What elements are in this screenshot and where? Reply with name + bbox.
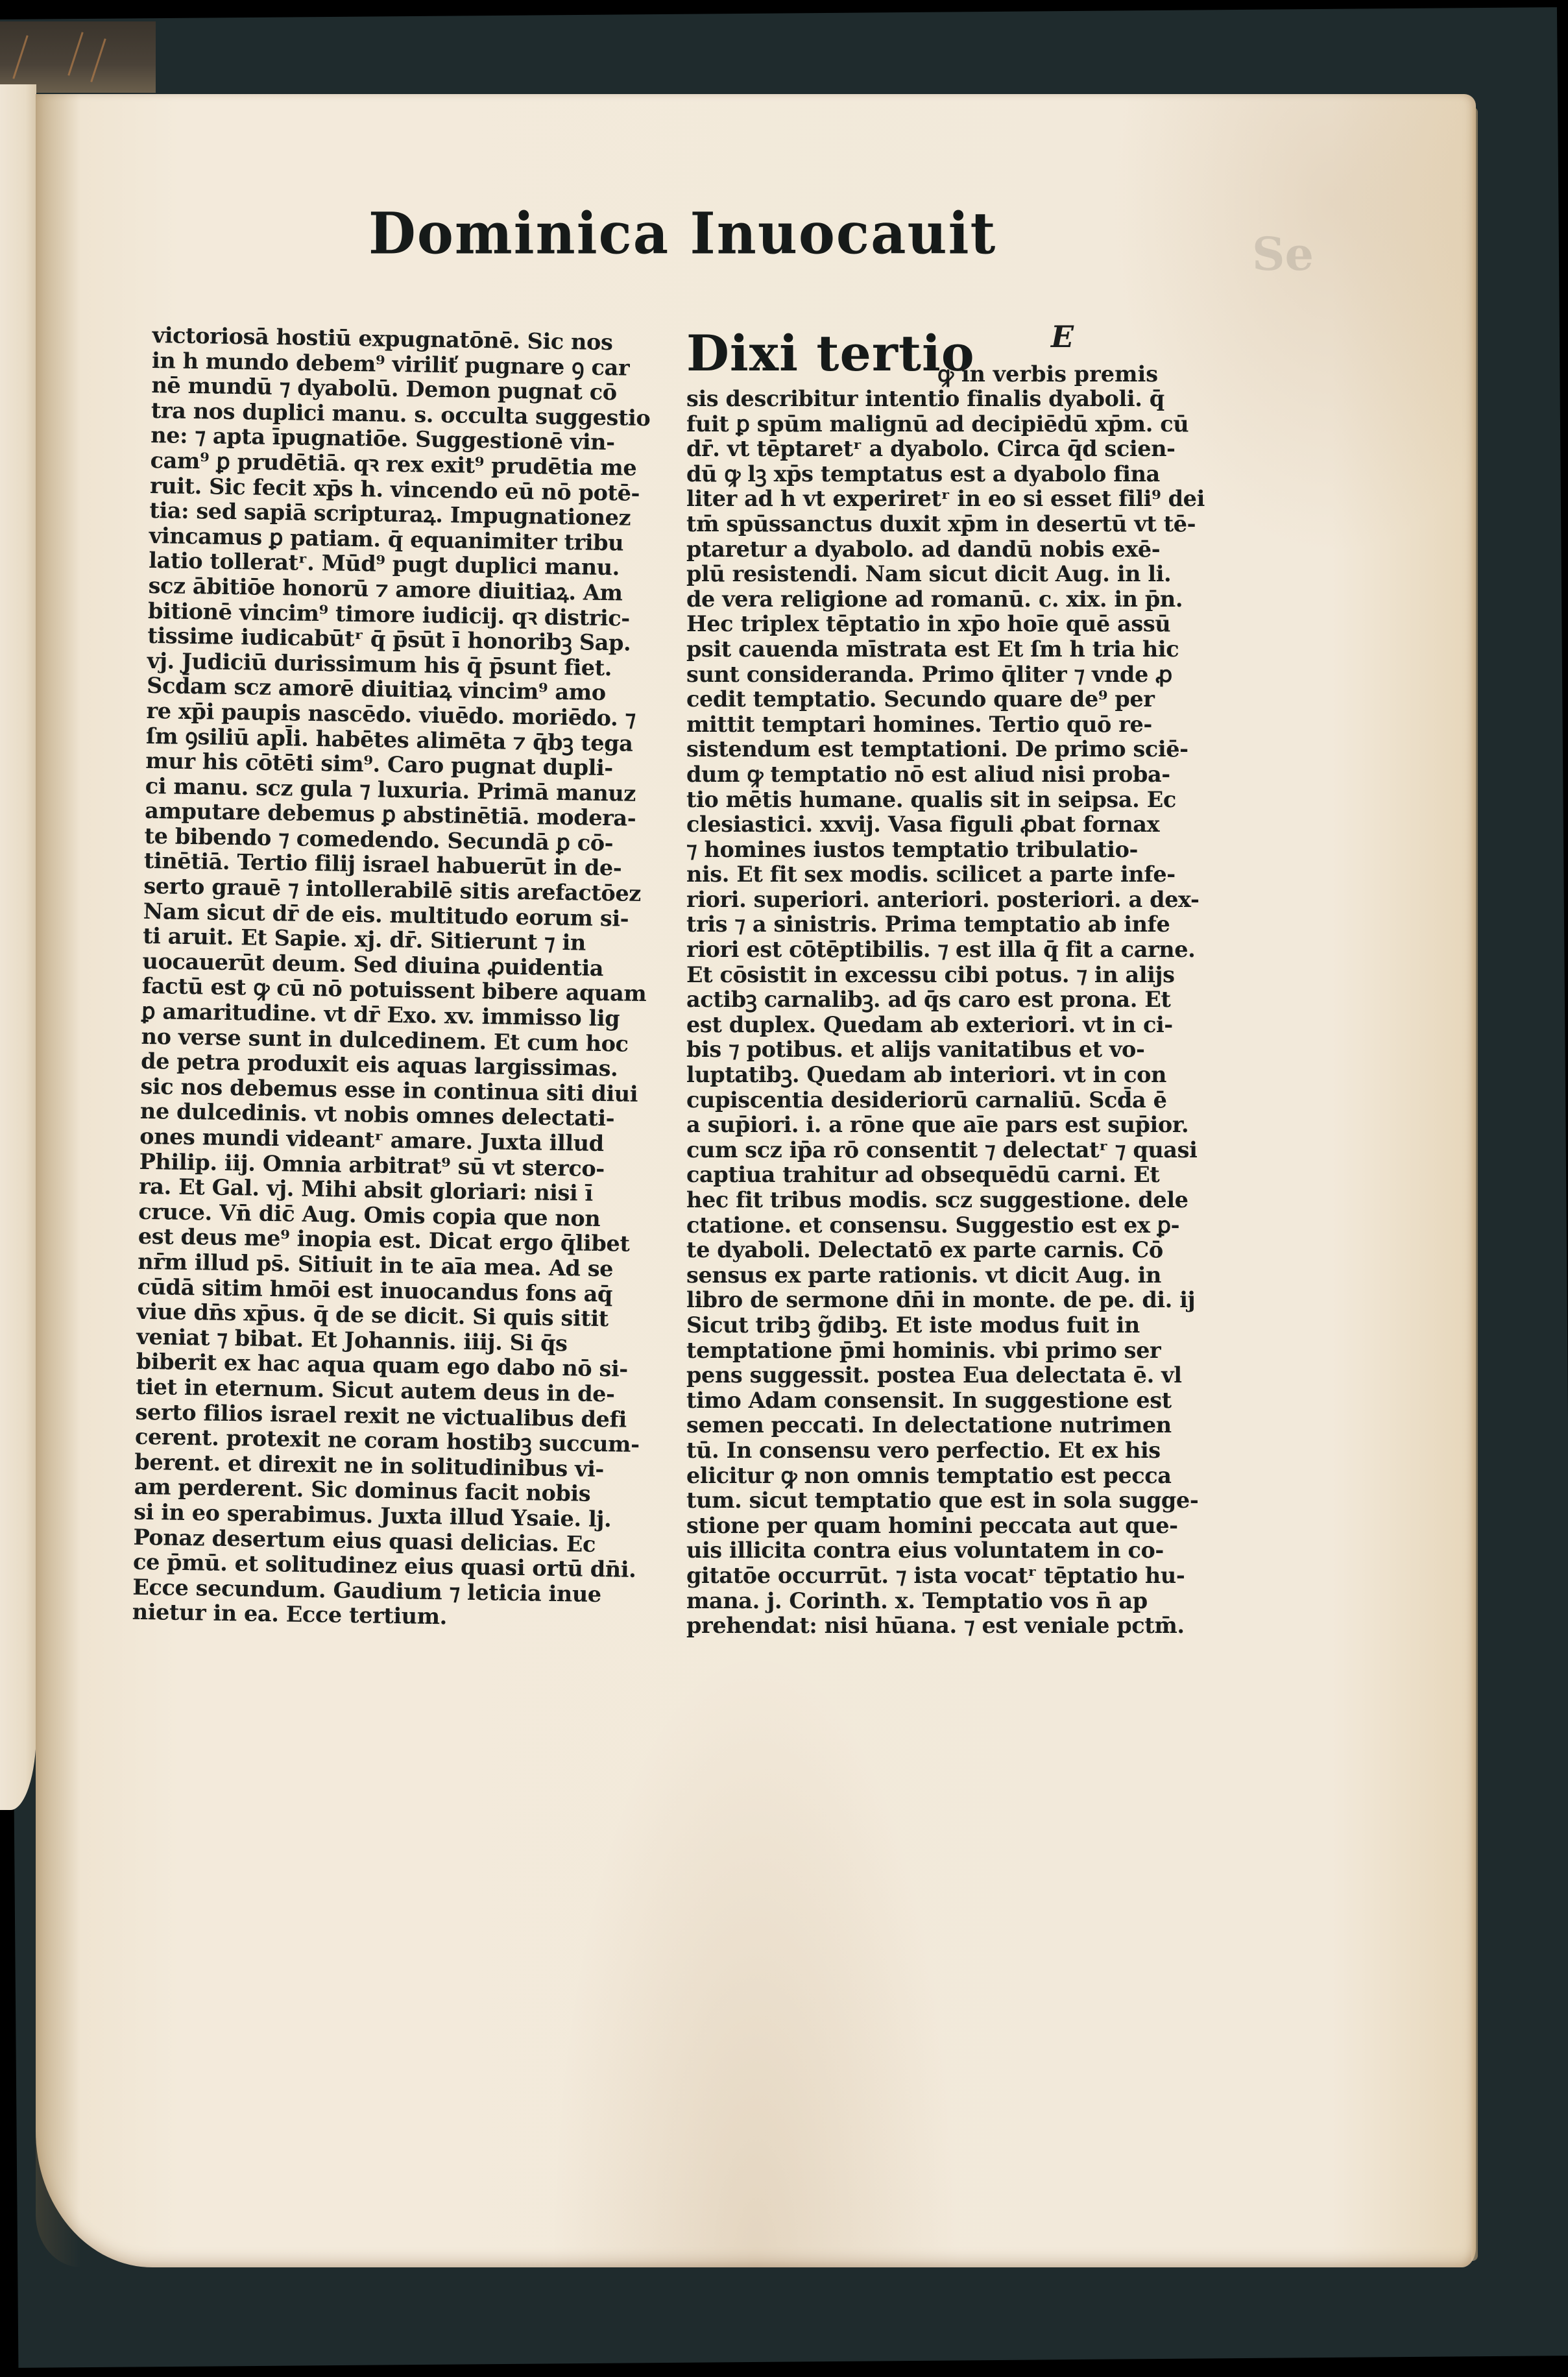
text-line: nis. Et fit sex modis. scilicet a parte … xyxy=(686,862,1199,887)
text-line: est duplex. Quedam ab exteriori. vt in c… xyxy=(686,1013,1199,1038)
text-line: mittit temptari homines. Tertio quō re- xyxy=(686,712,1199,738)
text-line: liter ad h vt experiretʳ in eo si esset … xyxy=(686,487,1199,512)
text-line: prehendat: nisi hūana. ⁊ est veniale pct… xyxy=(686,1613,1199,1639)
text-line: Et cōsistit in excessu cibi potus. ⁊ in … xyxy=(686,963,1199,988)
text-line: pens suggessit. postea Eua delectata ē. … xyxy=(686,1363,1199,1388)
text-line: bis ⁊ potibus. et alijs vanitatibus et v… xyxy=(686,1037,1199,1063)
text-line: tum. sicut temptatio que est in sola sug… xyxy=(686,1488,1199,1514)
text-line: Hec triplex tēptatio in xp̄o hoīe quē as… xyxy=(686,612,1199,637)
text-line: libro de sermone dn̄i in monte. de pe. d… xyxy=(686,1288,1199,1313)
text-line: dū ꝙ lꝫ xp̄s temptatus est a dyabolo fin… xyxy=(686,462,1199,487)
margin-section-letter: E xyxy=(1051,319,1074,354)
text-line: temptatione p̄mi hominis. vbi primo ser xyxy=(686,1338,1199,1364)
text-line: timo Adam consensit. In suggestione est xyxy=(686,1388,1199,1414)
text-line: cedit temptatio. Secundo quare de⁹ per xyxy=(686,687,1199,712)
binding-streak xyxy=(90,38,106,82)
text-line: te dyaboli. Delectatō ex parte carnis. C… xyxy=(686,1238,1199,1263)
text-line: a sup̄iori. i. a rōne que aīe pars est s… xyxy=(686,1113,1199,1138)
text-line: ctatione. et consensu. Suggestio est ex … xyxy=(686,1213,1199,1238)
text-line: uis illicita contra eius voluntatem in c… xyxy=(686,1538,1199,1563)
binding-streak xyxy=(67,32,83,76)
text-line: stione per quam homini peccata aut que- xyxy=(686,1514,1199,1539)
text-line: psit cauenda mīstrata est Et ſm h tria h… xyxy=(686,637,1199,662)
text-line: mana. j. Corinth. x. Temptatio vos n̄ ap xyxy=(686,1589,1199,1614)
text-line: riori est cōtēptibilis. ⁊ est illa q̄ fi… xyxy=(686,937,1199,963)
text-line: semen peccati. In delectatione nutrimen xyxy=(686,1413,1199,1438)
page-fore-edge xyxy=(1471,107,1478,2261)
text-line: tū. In consensu vero perfectio. Et ex hi… xyxy=(686,1438,1199,1464)
left-column: victoriosā hostiū expugnatōnē. Sic nosin… xyxy=(132,323,651,1633)
text-line: ⁊ homines iustos temptatio tribulatio- xyxy=(686,838,1199,863)
text-line: Sicut tribꝫ g̃dibꝫ. Et iste modus fuit i… xyxy=(686,1313,1199,1338)
text-line: actibꝫ carnalibꝫ. ad q̄s caro est prona.… xyxy=(686,987,1199,1013)
text-line: plū resistendi. Nam sicut dicit Aug. in … xyxy=(686,562,1199,587)
previous-page-fragment xyxy=(0,84,36,1810)
text-line: clesiastici. xxvij. Vasa figuli ꝓbat for… xyxy=(686,812,1199,838)
text-line: tio mētis humane. qualis sit in seipsa. … xyxy=(686,788,1199,813)
text-line: elicitur ꝙ non omnis temptatio est pecca xyxy=(686,1464,1199,1489)
text-line: de vera religione ad romanū. c. xix. in … xyxy=(686,587,1199,612)
text-line: sunt consideranda. Primo q̄liter ⁊ vnde … xyxy=(686,662,1199,688)
text-line: tm̄ spūssanctus duxit xp̄m in desertū vt… xyxy=(686,512,1199,537)
gutter-shadow xyxy=(36,94,81,2267)
text-line: captiua trahitur ad obsequēdū carni. Et xyxy=(686,1163,1199,1188)
show-through-text: Se xyxy=(1252,227,1314,281)
running-head: Dominica Inuocauit xyxy=(368,200,996,267)
text-line: riori. superiori. anteriori. posteriori.… xyxy=(686,887,1199,913)
text-line: gitatōe occurrūt. ⁊ ista vocatʳ tēptatio… xyxy=(686,1563,1199,1589)
book-binding-edge xyxy=(0,21,156,93)
text-line: fuit ꝑ spūm malignū ad decipiēdū xp̄m. c… xyxy=(686,412,1199,437)
text-line: sis describitur intentio finalis dyaboli… xyxy=(686,387,1199,412)
right-column: sis describitur intentio finalis dyaboli… xyxy=(686,387,1199,1639)
text-line: dr̄. vt tēptaretʳ a dyabolo. Circa q̄d s… xyxy=(686,437,1199,462)
text-line: cum scz ip̄a rō consentit ⁊ delectatʳ ⁊ … xyxy=(686,1138,1199,1163)
text-line: luptatibꝫ. Quedam ab interiori. vt in co… xyxy=(686,1063,1199,1088)
text-line: tris ⁊ a sinistris. Prima temptatio ab i… xyxy=(686,912,1199,937)
text-line: sensus ex parte rationis. vt dicit Aug. … xyxy=(686,1263,1199,1288)
text-line: dum ꝙ temptatio nō est aliud nisi proba- xyxy=(686,762,1199,788)
section-initial-heading: Dixi tertio xyxy=(686,324,975,382)
text-line: cupiscentia desideriorū carnaliū. Scd̄a … xyxy=(686,1088,1199,1113)
text-line: ptaretur a dyabolo. ad dandū nobis exē- xyxy=(686,537,1199,562)
text-line: sistendum est temptationi. De primo sciē… xyxy=(686,737,1199,762)
heading-continuation: ꝙ in verbis premis xyxy=(937,358,1158,388)
binding-streak xyxy=(12,35,28,79)
scan-canvas: Dominica Inuocauit Se victoriosā hostiū … xyxy=(0,0,1568,2377)
text-line: hec fit tribus modis. scz suggestione. d… xyxy=(686,1188,1199,1213)
